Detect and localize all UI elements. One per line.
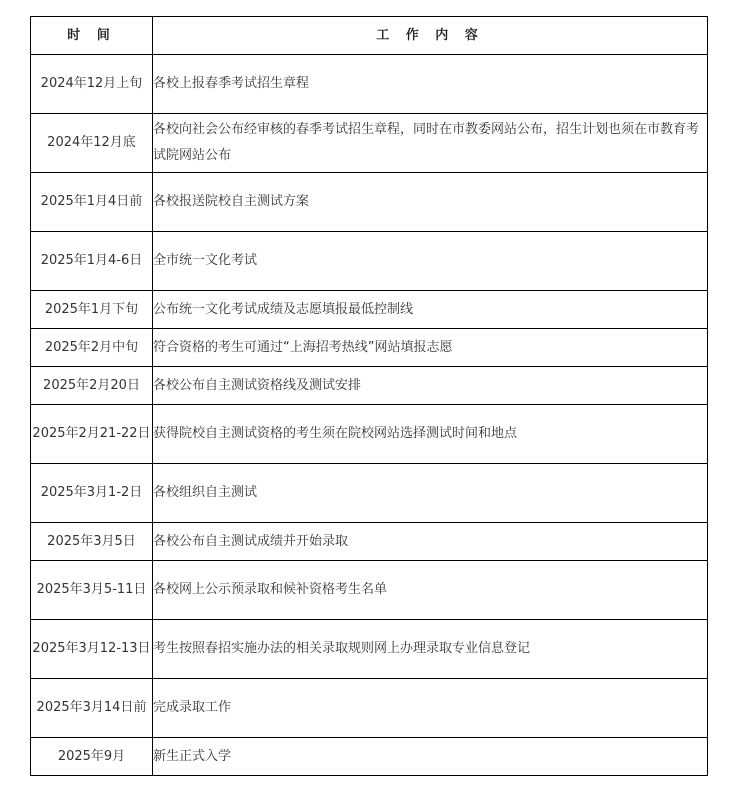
cell-time: 2025年1月下旬 bbox=[31, 291, 153, 329]
cell-content: 新生正式入学 bbox=[153, 738, 708, 776]
cell-content: 各校向社会公布经审核的春季考试招生章程，同时在市教委网站公布，招生计划也须在市教… bbox=[153, 114, 708, 173]
table-row: 2025年2月20日各校公布自主测试资格线及测试安排 bbox=[31, 367, 708, 405]
table-row: 2025年9月新生正式入学 bbox=[31, 738, 708, 776]
table-row: 2025年3月12-13日考生按照春招实施办法的相关录取规则网上办理录取专业信息… bbox=[31, 620, 708, 679]
cell-time: 2025年9月 bbox=[31, 738, 153, 776]
cell-time: 2025年3月1-2日 bbox=[31, 464, 153, 523]
table-row: 2025年2月中旬符合资格的考生可通过“上海招考热线”网站填报志愿 bbox=[31, 329, 708, 367]
cell-time: 2025年2月20日 bbox=[31, 367, 153, 405]
table-row: 2024年12月上旬各校上报春季考试招生章程 bbox=[31, 55, 708, 114]
cell-time: 2025年2月中旬 bbox=[31, 329, 153, 367]
table-row: 2025年3月5日各校公布自主测试成绩并开始录取 bbox=[31, 523, 708, 561]
cell-time: 2025年2月21-22日 bbox=[31, 405, 153, 464]
header-content: 工 作 内 容 bbox=[153, 17, 708, 55]
table-row: 2025年1月下旬公布统一文化考试成绩及志愿填报最低控制线 bbox=[31, 291, 708, 329]
cell-time: 2024年12月上旬 bbox=[31, 55, 153, 114]
cell-time: 2025年1月4-6日 bbox=[31, 232, 153, 291]
header-time: 时 间 bbox=[31, 17, 153, 55]
cell-time: 2024年12月底 bbox=[31, 114, 153, 173]
cell-content: 完成录取工作 bbox=[153, 679, 708, 738]
table-row: 2025年3月14日前完成录取工作 bbox=[31, 679, 708, 738]
cell-content: 各校网上公示预录取和候补资格考生名单 bbox=[153, 561, 708, 620]
cell-content: 符合资格的考生可通过“上海招考热线”网站填报志愿 bbox=[153, 329, 708, 367]
cell-content: 公布统一文化考试成绩及志愿填报最低控制线 bbox=[153, 291, 708, 329]
table-row: 2025年1月4-6日全市统一文化考试 bbox=[31, 232, 708, 291]
cell-time: 2025年3月12-13日 bbox=[31, 620, 153, 679]
cell-content: 各校公布自主测试成绩并开始录取 bbox=[153, 523, 708, 561]
header-row: 时 间 工 作 内 容 bbox=[31, 17, 708, 55]
cell-content: 考生按照春招实施办法的相关录取规则网上办理录取专业信息登记 bbox=[153, 620, 708, 679]
table-row: 2025年3月1-2日各校组织自主测试 bbox=[31, 464, 708, 523]
table-row: 2025年1月4日前各校报送院校自主测试方案 bbox=[31, 173, 708, 232]
cell-time: 2025年3月5日 bbox=[31, 523, 153, 561]
cell-content: 全市统一文化考试 bbox=[153, 232, 708, 291]
cell-content: 各校公布自主测试资格线及测试安排 bbox=[153, 367, 708, 405]
cell-time: 2025年1月4日前 bbox=[31, 173, 153, 232]
cell-content: 获得院校自主测试资格的考生须在院校网站选择测试时间和地点 bbox=[153, 405, 708, 464]
cell-time: 2025年3月5-11日 bbox=[31, 561, 153, 620]
table-row: 2024年12月底各校向社会公布经审核的春季考试招生章程，同时在市教委网站公布，… bbox=[31, 114, 708, 173]
table-row: 2025年3月5-11日各校网上公示预录取和候补资格考生名单 bbox=[31, 561, 708, 620]
table-row: 2025年2月21-22日获得院校自主测试资格的考生须在院校网站选择测试时间和地… bbox=[31, 405, 708, 464]
cell-content: 各校报送院校自主测试方案 bbox=[153, 173, 708, 232]
cell-content: 各校上报春季考试招生章程 bbox=[153, 55, 708, 114]
cell-content: 各校组织自主测试 bbox=[153, 464, 708, 523]
cell-time: 2025年3月14日前 bbox=[31, 679, 153, 738]
schedule-table: 时 间 工 作 内 容 2024年12月上旬各校上报春季考试招生章程2024年1… bbox=[30, 16, 708, 776]
